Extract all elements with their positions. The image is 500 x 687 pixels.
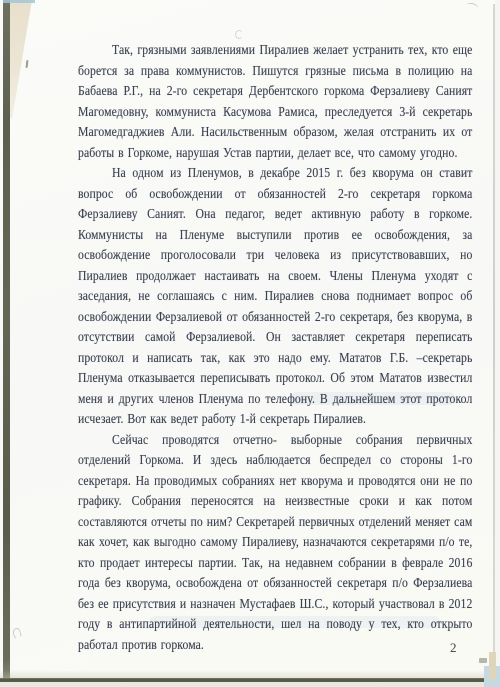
scan-speck [235,30,243,39]
paragraph-2: На одном из Пленумов, в декабре 2015 г. … [78,163,472,430]
paragraph-3: Сейчас проводятся отчетно- выборные собр… [78,430,472,656]
scan-speck [11,627,22,640]
scan-speck [26,60,29,68]
bottom-page-shadow [0,670,500,678]
left-edge-band [3,0,10,687]
bottom-right-paper-strip [489,652,496,680]
bottom-scanner-strip [0,682,500,687]
top-left-corner-shadow [10,0,32,118]
top-right-paper-curl-mark [465,2,479,13]
top-edge-blue-strip [3,0,35,3]
document-body: Так, грязными заявлениями Пиралиев желае… [78,40,472,655]
paragraph-1: Так, грязными заявлениями Пиралиев желае… [78,40,472,163]
scan-speck [479,658,487,663]
right-margin-background [495,0,500,687]
scanned-document-page: Так, грязными заявлениями Пиралиев желае… [0,0,500,687]
page-number: 2 [450,640,457,656]
